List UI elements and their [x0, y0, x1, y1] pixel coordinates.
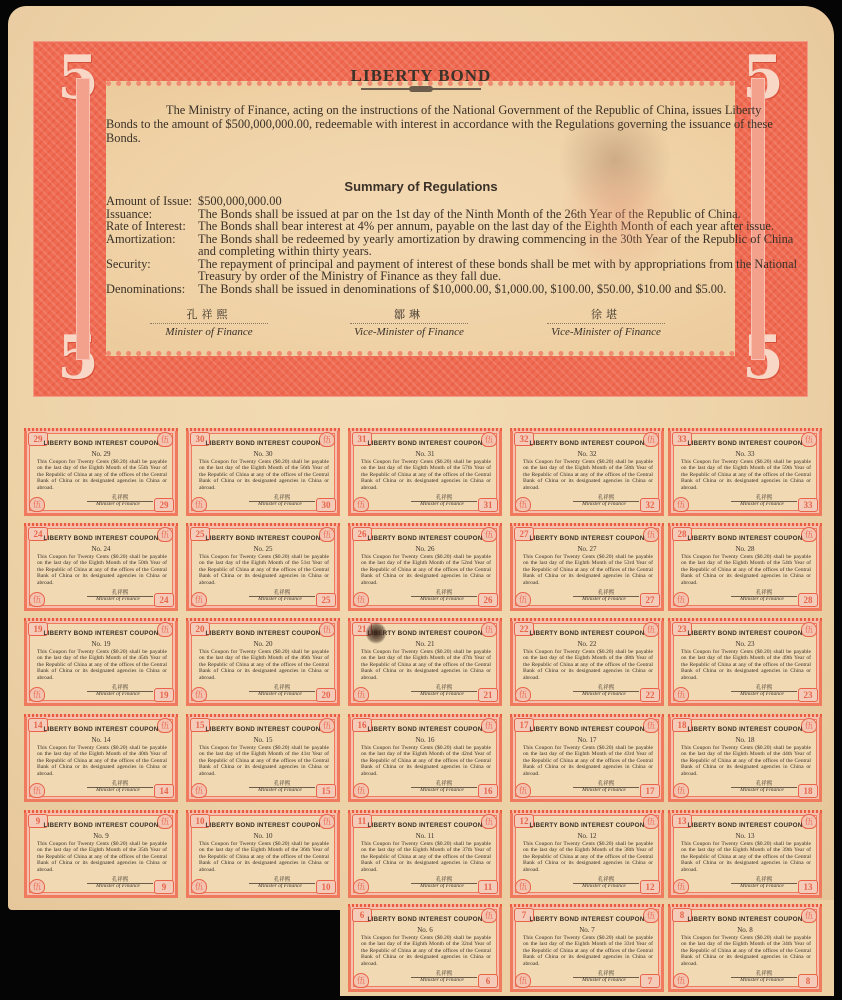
coupon-year: 47th [462, 655, 472, 661]
interest-coupon: 9伍LIBERTY BOND INTEREST COUPONNo. 9This … [24, 810, 178, 898]
seal-icon: 伍 [673, 973, 689, 988]
coupon-no-value: 23 [748, 640, 755, 648]
coupon-body-text: This Coupon for Twenty Cents ($0.20) sha… [681, 649, 811, 661]
coupon-minister-label: Minister of Finance [407, 977, 477, 983]
coupon-no-prefix: No. [91, 545, 101, 553]
coupon-no-prefix: No. [577, 640, 587, 648]
coupon-year: 46th [300, 655, 310, 661]
coupon-body: This Coupon for Twenty Cents ($0.20) sha… [523, 935, 653, 967]
coupon-number-badge: 21 [478, 688, 498, 702]
coupon-body: This Coupon for Twenty Cents ($0.20) sha… [361, 554, 491, 586]
coupon-body-text: This Coupon for Twenty Cents ($0.20) sha… [681, 841, 811, 853]
regulation-text: The Bonds shall bear interest at 4% per … [198, 220, 806, 233]
signature-chars: 鄒琳 [350, 306, 468, 324]
coupon-body-text: This Coupon for Twenty Cents ($0.20) sha… [37, 554, 167, 566]
regulation-row: Rate of Interest:The Bonds shall bear in… [106, 220, 806, 233]
bond-title: LIBERTY BOND [0, 66, 842, 86]
coupon-number-badge: 8 [798, 974, 818, 988]
coupon-no-prefix: No. [415, 545, 425, 553]
regulations-list: Amount of Issue:$500,000,000.00 Issuance… [106, 195, 806, 295]
coupon-no-value: 27 [590, 545, 597, 553]
coupon-no-prefix: No. [415, 450, 425, 458]
coupon-no-prefix: No. [253, 736, 263, 744]
coupon-minister-label: Minister of Finance [245, 883, 315, 889]
coupon-minister-label: Minister of Finance [407, 501, 477, 507]
coupon-minister-label: Minister of Finance [407, 883, 477, 889]
coupon-body: This Coupon for Twenty Cents ($0.20) sha… [681, 841, 811, 873]
coupon-year: 42nd [461, 751, 472, 757]
regulation-label: Rate of Interest: [106, 220, 198, 233]
coupon-number: No. 20 [189, 640, 337, 648]
coupon-number: No. 24 [27, 545, 175, 553]
coupon-title: LIBERTY BOND INTEREST COUPON [671, 535, 819, 542]
seal-icon: 伍 [353, 592, 369, 607]
coupon-number-badge: 31 [478, 498, 498, 512]
coupon-body-text: This Coupon for Twenty Cents ($0.20) sha… [523, 935, 653, 947]
coupon-minister-label: Minister of Finance [569, 501, 639, 507]
coupon-no-value: 26 [428, 545, 435, 553]
coupon-year: 45th [138, 655, 148, 661]
coupon-body: This Coupon for Twenty Cents ($0.20) sha… [361, 459, 491, 491]
coupon-number: No. 16 [351, 736, 499, 744]
coupon-no-prefix: No. [417, 926, 427, 934]
interest-coupon: 30伍LIBERTY BOND INTEREST COUPONNo. 30Thi… [186, 428, 340, 516]
interest-coupon: 28伍LIBERTY BOND INTEREST COUPONNo. 28Thi… [668, 523, 822, 611]
coupon-no-value: 33 [748, 450, 755, 458]
coupon-body-text: This Coupon for Twenty Cents ($0.20) sha… [523, 459, 653, 471]
interest-coupon: 22伍LIBERTY BOND INTEREST COUPONNo. 22Thi… [510, 618, 664, 706]
coupon-body-text: This Coupon for Twenty Cents ($0.20) sha… [361, 745, 491, 757]
coupon-minister-label: Minister of Finance [569, 596, 639, 602]
coupon-body-text: This Coupon for Twenty Cents ($0.20) sha… [199, 745, 329, 757]
coupon-year: 53rd [624, 560, 634, 566]
coupon-body: This Coupon for Twenty Cents ($0.20) sha… [37, 841, 167, 873]
coupon-no-value: 12 [590, 832, 597, 840]
interest-coupon: 14伍LIBERTY BOND INTEREST COUPONNo. 14Thi… [24, 714, 178, 802]
coupon-no-value: 7 [591, 926, 595, 934]
seal-icon: 伍 [191, 879, 207, 894]
coupon-year: 37th [462, 847, 472, 853]
coupon-body: This Coupon for Twenty Cents ($0.20) sha… [681, 459, 811, 491]
coupon-body: This Coupon for Twenty Cents ($0.20) sha… [681, 649, 811, 681]
coupon-title: LIBERTY BOND INTEREST COUPON [189, 726, 337, 733]
interest-coupon: 27伍LIBERTY BOND INTEREST COUPONNo. 27Thi… [510, 523, 664, 611]
coupon-no-prefix: No. [577, 736, 587, 744]
coupon-no-value: 25 [266, 545, 273, 553]
seal-icon: 伍 [515, 783, 531, 798]
coupon-body: This Coupon for Twenty Cents ($0.20) sha… [199, 554, 329, 586]
coupon-title: LIBERTY BOND INTEREST COUPON [513, 822, 661, 829]
coupon-body-text: This Coupon for Twenty Cents ($0.20) sha… [523, 554, 653, 566]
coupon-body: This Coupon for Twenty Cents ($0.20) sha… [199, 841, 329, 873]
signature-chars: 徐堪 [547, 306, 665, 324]
coupon-body-text: This Coupon for Twenty Cents ($0.20) sha… [523, 841, 653, 853]
regulation-row: Denominations:The Bonds shall be issued … [106, 283, 806, 296]
seal-icon: 伍 [29, 783, 45, 798]
interest-coupon: 29伍LIBERTY BOND INTEREST COUPONNo. 29Thi… [24, 428, 178, 516]
seal-icon: 伍 [29, 879, 45, 894]
coupon-body: This Coupon for Twenty Cents ($0.20) sha… [361, 935, 491, 967]
coupon-number: No. 27 [513, 545, 661, 553]
coupon-no-prefix: No. [253, 545, 263, 553]
coupon-year: 34th [782, 941, 792, 947]
coupon-no-value: 8 [749, 926, 753, 934]
coupon-title: LIBERTY BOND INTEREST COUPON [513, 440, 661, 447]
coupon-body: This Coupon for Twenty Cents ($0.20) sha… [681, 554, 811, 586]
coupon-year: 33rd [624, 941, 634, 947]
signature-title: Minister of Finance [150, 326, 268, 338]
coupon-no-prefix: No. [253, 640, 263, 648]
coupon-no-value: 14 [104, 736, 111, 744]
signature-chars: 孔祥熙 [150, 306, 268, 324]
regulation-text: The repayment of principal and payment o… [198, 258, 806, 283]
coupon-no-value: 9 [105, 832, 109, 840]
coupon-number: No. 8 [671, 926, 819, 934]
coupon-minister-label: Minister of Finance [569, 883, 639, 889]
coupon-number-badge: 16 [478, 784, 498, 798]
coupon-number-badge: 18 [798, 784, 818, 798]
coupon-body: This Coupon for Twenty Cents ($0.20) sha… [681, 745, 811, 777]
coupon-no-value: 17 [590, 736, 597, 744]
signature-title: Vice-Minister of Finance [350, 326, 468, 338]
coupon-title: LIBERTY BOND INTEREST COUPON [351, 726, 499, 733]
coupon-body-text: This Coupon for Twenty Cents ($0.20) sha… [361, 554, 491, 566]
signature-vice-minister: 鄒琳 Vice-Minister of Finance [350, 306, 468, 338]
coupon-no-prefix: No. [737, 926, 747, 934]
coupon-year: 58th [624, 465, 634, 471]
coupon-body-text: This Coupon for Twenty Cents ($0.20) sha… [681, 745, 811, 757]
seal-icon: 伍 [353, 497, 369, 512]
coupon-year: 44th [782, 751, 792, 757]
coupon-body-text: This Coupon for Twenty Cents ($0.20) sha… [361, 935, 491, 947]
coupon-number: No. 25 [189, 545, 337, 553]
coupon-year: 35th [138, 847, 148, 853]
coupon-number-badge: 12 [640, 880, 660, 894]
regulation-label: Security: [106, 258, 198, 283]
coupon-number-badge: 15 [316, 784, 336, 798]
coupon-minister-label: Minister of Finance [727, 691, 797, 697]
coupon-minister-label: Minister of Finance [569, 787, 639, 793]
coupon-number: No. 7 [513, 926, 661, 934]
coupon-number-badge: 19 [154, 688, 174, 702]
coupon-minister-label: Minister of Finance [727, 787, 797, 793]
coupon-no-prefix: No. [415, 736, 425, 744]
interest-coupon: 6伍LIBERTY BOND INTEREST COUPONNo. 6This … [348, 904, 502, 992]
coupon-number-badge: 13 [798, 880, 818, 894]
coupon-title: LIBERTY BOND INTEREST COUPON [513, 726, 661, 733]
coupon-no-value: 15 [266, 736, 273, 744]
regulation-text: The Bonds shall be issued in denominatio… [198, 283, 806, 296]
coupon-title: LIBERTY BOND INTEREST COUPON [189, 535, 337, 542]
coupon-number: No. 14 [27, 736, 175, 744]
coupon-no-value: 31 [428, 450, 435, 458]
seal-icon: 伍 [353, 879, 369, 894]
coupon-body-text: This Coupon for Twenty Cents ($0.20) sha… [681, 554, 811, 566]
coupon-minister-label: Minister of Finance [727, 596, 797, 602]
coupon-body: This Coupon for Twenty Cents ($0.20) sha… [523, 745, 653, 777]
coupon-year: 50th [138, 560, 148, 566]
coupon-number: No. 15 [189, 736, 337, 744]
interest-coupon: 24伍LIBERTY BOND INTEREST COUPONNo. 24Thi… [24, 523, 178, 611]
coupon-no-prefix: No. [577, 545, 587, 553]
seal-icon: 伍 [515, 973, 531, 988]
interest-coupon: 19伍LIBERTY BOND INTEREST COUPONNo. 19Thi… [24, 618, 178, 706]
coupon-title: LIBERTY BOND INTEREST COUPON [351, 535, 499, 542]
interest-coupon: 11伍LIBERTY BOND INTEREST COUPONNo. 11Thi… [348, 810, 502, 898]
coupon-number-badge: 11 [478, 880, 498, 894]
coupon-number: No. 10 [189, 832, 337, 840]
coupon-number: No. 17 [513, 736, 661, 744]
coupon-number: No. 22 [513, 640, 661, 648]
coupon-no-value: 6 [429, 926, 433, 934]
coupon-number-badge: 17 [640, 784, 660, 798]
coupon-no-prefix: No. [735, 736, 745, 744]
regulation-label: Denominations: [106, 283, 198, 296]
coupon-year: 43rd [624, 751, 634, 757]
coupon-body-text: This Coupon for Twenty Cents ($0.20) sha… [37, 841, 167, 853]
summary-heading: Summary of Regulations [0, 179, 842, 194]
coupon-no-value: 19 [104, 640, 111, 648]
coupon-number: No. 9 [27, 832, 175, 840]
coupon-minister-label: Minister of Finance [407, 691, 477, 697]
coupon-title: LIBERTY BOND INTEREST COUPON [671, 822, 819, 829]
coupon-no-value: 29 [104, 450, 111, 458]
coupon-number-badge: 20 [316, 688, 336, 702]
seal-icon: 伍 [673, 592, 689, 607]
coupon-number: No. 23 [671, 640, 819, 648]
coupon-no-value: 16 [428, 736, 435, 744]
coupon-number-badge: 32 [640, 498, 660, 512]
regulation-text: The Bonds shall be redeemed by yearly am… [198, 233, 806, 258]
coupon-no-prefix: No. [91, 736, 101, 744]
coupon-body: This Coupon for Twenty Cents ($0.20) sha… [523, 554, 653, 586]
signature-title: Vice-Minister of Finance [547, 326, 665, 338]
coupon-body-text: This Coupon for Twenty Cents ($0.20) sha… [199, 649, 329, 661]
coupon-body: This Coupon for Twenty Cents ($0.20) sha… [361, 649, 491, 681]
coupon-year: 55th [138, 465, 148, 471]
coupon-minister-label: Minister of Finance [83, 787, 153, 793]
coupon-no-value: 21 [428, 640, 435, 648]
coupon-number-badge: 7 [640, 974, 660, 988]
seal-icon: 伍 [353, 973, 369, 988]
coupon-number: No. 11 [351, 832, 499, 840]
coupon-body: This Coupon for Twenty Cents ($0.20) sha… [361, 841, 491, 873]
coupon-year: 56th [300, 465, 310, 471]
interest-coupon: 20伍LIBERTY BOND INTEREST COUPONNo. 20Thi… [186, 618, 340, 706]
coupon-no-prefix: No. [577, 450, 587, 458]
coupon-no-value: 13 [748, 832, 755, 840]
coupon-no-value: 30 [266, 450, 273, 458]
coupon-body-text: This Coupon for Twenty Cents ($0.20) sha… [37, 745, 167, 757]
coupon-title: LIBERTY BOND INTEREST COUPON [513, 916, 661, 923]
coupon-title: LIBERTY BOND INTEREST COUPON [189, 440, 337, 447]
coupon-minister-label: Minister of Finance [83, 501, 153, 507]
signature-vice-minister: 徐堪 Vice-Minister of Finance [547, 306, 665, 338]
interest-coupon: 10伍LIBERTY BOND INTEREST COUPONNo. 10Thi… [186, 810, 340, 898]
coupon-title: LIBERTY BOND INTEREST COUPON [351, 822, 499, 829]
coupon-number: No. 31 [351, 450, 499, 458]
coupon-year: 41st [301, 751, 310, 757]
coupon-no-value: 18 [748, 736, 755, 744]
coupon-title: LIBERTY BOND INTEREST COUPON [513, 630, 661, 637]
coupon-year: 32nd [461, 941, 472, 947]
coupon-body-text: This Coupon for Twenty Cents ($0.20) sha… [37, 649, 167, 661]
bond-intro-paragraph: The Ministry of Finance, acting on the i… [106, 103, 796, 145]
regulation-text: $500,000,000.00 [198, 195, 806, 208]
regulation-label: Amortization: [106, 233, 198, 258]
coupon-body: This Coupon for Twenty Cents ($0.20) sha… [523, 649, 653, 681]
coupon-number-badge: 6 [478, 974, 498, 988]
interest-coupon: 32伍LIBERTY BOND INTEREST COUPONNo. 32Thi… [510, 428, 664, 516]
interest-coupon: 7伍LIBERTY BOND INTEREST COUPONNo. 7This … [510, 904, 664, 992]
coupon-minister-label: Minister of Finance [245, 501, 315, 507]
coupon-number-badge: 10 [316, 880, 336, 894]
coupon-no-prefix: No. [416, 832, 426, 840]
coupon-title: LIBERTY BOND INTEREST COUPON [189, 822, 337, 829]
coupon-minister-label: Minister of Finance [83, 691, 153, 697]
coupon-no-prefix: No. [735, 832, 745, 840]
coupon-minister-label: Minister of Finance [83, 883, 153, 889]
coupon-body: This Coupon for Twenty Cents ($0.20) sha… [37, 745, 167, 777]
coupon-body-text: This Coupon for Twenty Cents ($0.20) sha… [523, 745, 653, 757]
interest-coupon: 15伍LIBERTY BOND INTEREST COUPONNo. 15Thi… [186, 714, 340, 802]
seal-icon: 伍 [673, 687, 689, 702]
coupon-number: No. 33 [671, 450, 819, 458]
coupon-body-text: This Coupon for Twenty Cents ($0.20) sha… [199, 554, 329, 566]
coupon-number: No. 18 [671, 736, 819, 744]
coupon-no-prefix: No. [93, 832, 103, 840]
coupon-title: LIBERTY BOND INTEREST COUPON [27, 535, 175, 542]
coupon-minister-label: Minister of Finance [83, 596, 153, 602]
border-ornament [76, 78, 90, 360]
interest-coupon: 12伍LIBERTY BOND INTEREST COUPONNo. 12Thi… [510, 810, 664, 898]
coupon-year: 57th [462, 465, 472, 471]
seal-icon: 伍 [515, 687, 531, 702]
coupon-number: No. 30 [189, 450, 337, 458]
coupon-body: This Coupon for Twenty Cents ($0.20) sha… [37, 554, 167, 586]
coupon-minister-label: Minister of Finance [569, 691, 639, 697]
interest-coupon: 26伍LIBERTY BOND INTEREST COUPONNo. 26Thi… [348, 523, 502, 611]
coupon-year: 39th [782, 847, 792, 853]
coupon-no-prefix: No. [577, 832, 587, 840]
coupon-body-text: This Coupon for Twenty Cents ($0.20) sha… [361, 841, 491, 853]
coupon-number-badge: 25 [316, 593, 336, 607]
coupon-no-prefix: No. [253, 832, 263, 840]
coupon-no-value: 10 [266, 832, 273, 840]
signature-block: 孔祥熙 Minister of Finance 鄒琳 Vice-Minister… [150, 306, 690, 346]
coupon-year: 51st [301, 560, 310, 566]
coupon-minister-label: Minister of Finance [727, 977, 797, 983]
coupon-no-value: 22 [590, 640, 597, 648]
coupon-year: 52nd [461, 560, 472, 566]
seal-icon: 伍 [191, 592, 207, 607]
coupon-title: LIBERTY BOND INTEREST COUPON [27, 726, 175, 733]
coupon-no-value: 24 [104, 545, 111, 553]
coupon-year: 54th [782, 560, 792, 566]
coupon-no-prefix: No. [735, 545, 745, 553]
coupon-no-prefix: No. [415, 640, 425, 648]
coupon-year: 40th [138, 751, 148, 757]
coupon-title: LIBERTY BOND INTEREST COUPON [671, 726, 819, 733]
seal-icon: 伍 [191, 783, 207, 798]
interest-coupon: 18伍LIBERTY BOND INTEREST COUPONNo. 18Thi… [668, 714, 822, 802]
coupon-body: This Coupon for Twenty Cents ($0.20) sha… [681, 935, 811, 967]
coupon-number: No. 29 [27, 450, 175, 458]
coupon-no-prefix: No. [91, 450, 101, 458]
coupon-no-prefix: No. [91, 640, 101, 648]
coupon-title: LIBERTY BOND INTEREST COUPON [513, 535, 661, 542]
coupon-number-badge: 24 [154, 593, 174, 607]
seal-icon: 伍 [29, 497, 45, 512]
coupon-number-badge: 29 [154, 498, 174, 512]
coupon-no-prefix: No. [253, 450, 263, 458]
coupon-minister-label: Minister of Finance [245, 596, 315, 602]
coupon-year: 49th [782, 655, 792, 661]
seal-icon: 伍 [353, 687, 369, 702]
coupon-no-value: 32 [590, 450, 597, 458]
interest-coupon: 8伍LIBERTY BOND INTEREST COUPONNo. 8This … [668, 904, 822, 992]
coupon-no-value: 20 [266, 640, 273, 648]
coupon-minister-label: Minister of Finance [245, 787, 315, 793]
coupon-body: This Coupon for Twenty Cents ($0.20) sha… [199, 649, 329, 681]
coupon-number: No. 12 [513, 832, 661, 840]
coupon-number: No. 21 [351, 640, 499, 648]
seal-icon: 伍 [673, 497, 689, 512]
seal-icon: 伍 [515, 592, 531, 607]
signature-minister: 孔祥熙 Minister of Finance [150, 306, 268, 338]
coupon-no-prefix: No. [579, 926, 589, 934]
coupon-title: LIBERTY BOND INTEREST COUPON [189, 630, 337, 637]
coupon-body-text: This Coupon for Twenty Cents ($0.20) sha… [361, 459, 491, 471]
coupon-minister-label: Minister of Finance [245, 691, 315, 697]
seal-icon: 伍 [673, 879, 689, 894]
seal-icon: 伍 [191, 687, 207, 702]
interest-coupon: 31伍LIBERTY BOND INTEREST COUPONNo. 31Thi… [348, 428, 502, 516]
regulation-label: Amount of Issue: [106, 195, 198, 208]
coupon-no-prefix: No. [735, 450, 745, 458]
coupon-body: This Coupon for Twenty Cents ($0.20) sha… [37, 459, 167, 491]
regulation-row: Amount of Issue:$500,000,000.00 [106, 195, 806, 208]
coupon-no-value: 28 [748, 545, 755, 553]
coupon-number-badge: 9 [154, 880, 174, 894]
coupon-number-badge: 33 [798, 498, 818, 512]
coupon-title: LIBERTY BOND INTEREST COUPON [671, 630, 819, 637]
coupon-body: This Coupon for Twenty Cents ($0.20) sha… [361, 745, 491, 777]
coupon-number-badge: 30 [316, 498, 336, 512]
coupon-no-prefix: No. [735, 640, 745, 648]
interest-coupon: 25伍LIBERTY BOND INTEREST COUPONNo. 25Thi… [186, 523, 340, 611]
coupon-body-text: This Coupon for Twenty Cents ($0.20) sha… [199, 841, 329, 853]
coupon-number-badge: 26 [478, 593, 498, 607]
coupon-body-text: This Coupon for Twenty Cents ($0.20) sha… [681, 459, 811, 471]
coupon-number: No. 26 [351, 545, 499, 553]
coupon-minister-label: Minister of Finance [727, 883, 797, 889]
coupon-number: No. 6 [351, 926, 499, 934]
interest-coupon: 16伍LIBERTY BOND INTEREST COUPONNo. 16Thi… [348, 714, 502, 802]
coupon-year: 48th [624, 655, 634, 661]
coupon-title: LIBERTY BOND INTEREST COUPON [671, 916, 819, 923]
coupon-number-badge: 27 [640, 593, 660, 607]
coupon-number: No. 19 [27, 640, 175, 648]
interest-coupon: 13伍LIBERTY BOND INTEREST COUPONNo. 13Thi… [668, 810, 822, 898]
coupon-body: This Coupon for Twenty Cents ($0.20) sha… [199, 459, 329, 491]
coupon-title: LIBERTY BOND INTEREST COUPON [27, 630, 175, 637]
seal-icon: 伍 [191, 497, 207, 512]
coupon-minister-label: Minister of Finance [727, 501, 797, 507]
coupon-number: No. 13 [671, 832, 819, 840]
coupon-no-value: 11 [428, 832, 435, 840]
coupon-body-text: This Coupon for Twenty Cents ($0.20) sha… [681, 935, 811, 947]
